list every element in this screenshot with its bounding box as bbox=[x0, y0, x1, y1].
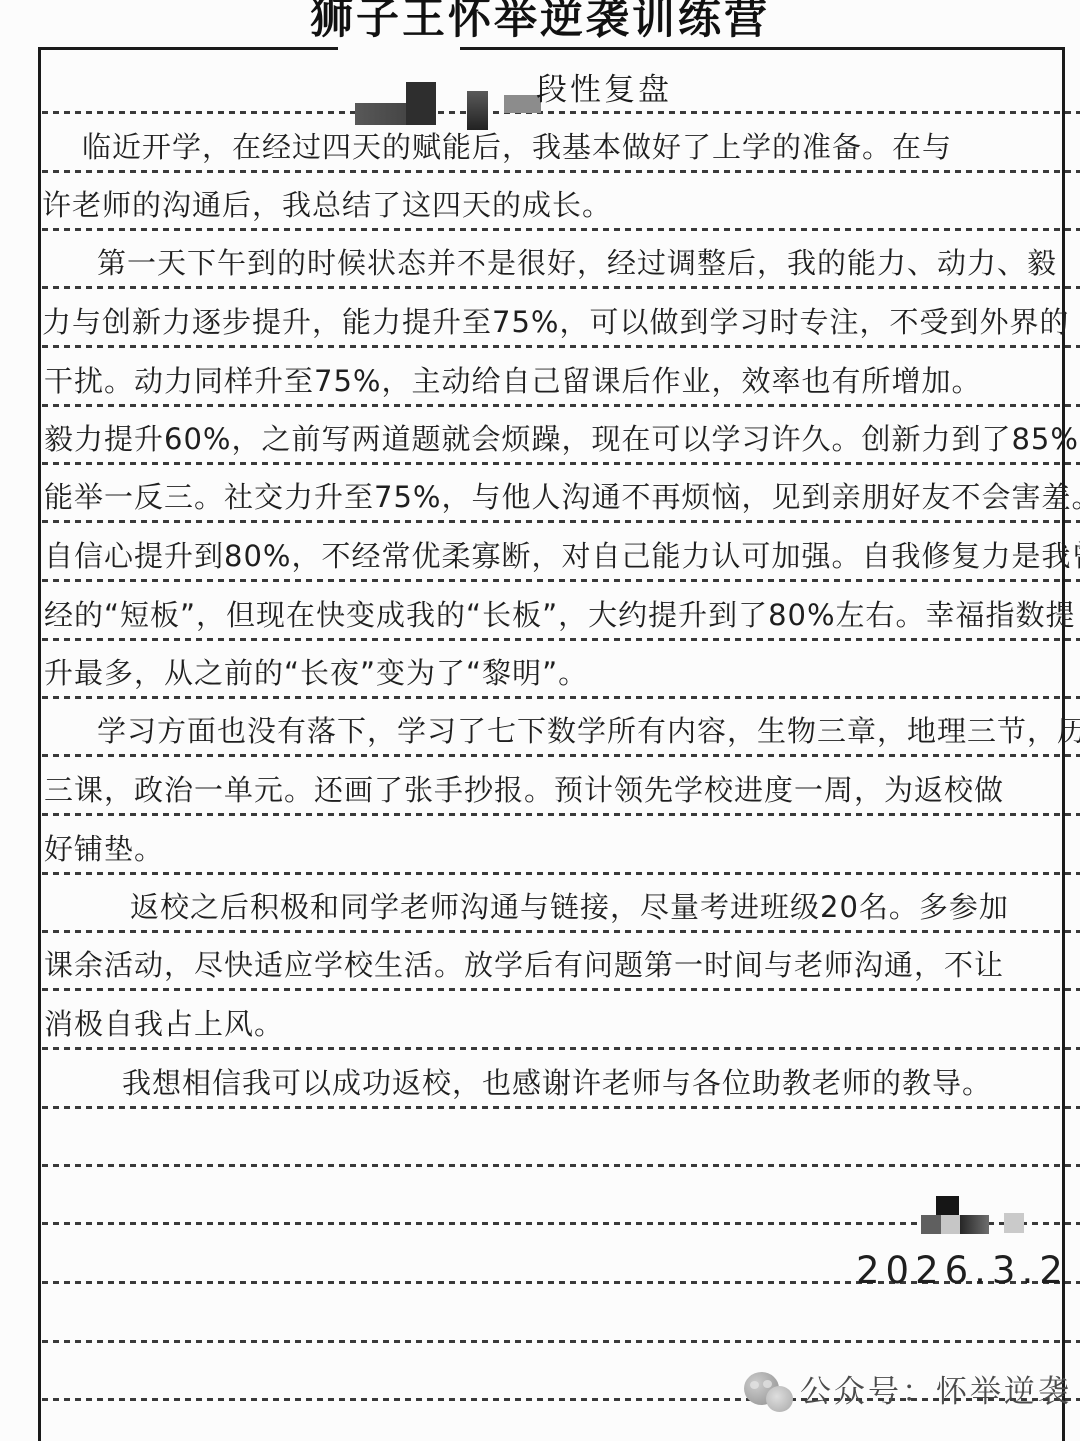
logo-spot bbox=[750, 1381, 759, 1389]
handwritten-date: 2026.3.2 bbox=[856, 1248, 1069, 1294]
frame-border-top-left-segment bbox=[38, 47, 338, 50]
handwritten-line: 经的“短板”，但现在快变成我的“长板”，大约提升到了80%左右。幸福指数提 bbox=[44, 590, 1076, 640]
handwritten-line: 能举一反三。社交力升至75%，与他人沟通不再烦恼，见到亲朋好友不会害羞。 bbox=[44, 472, 1080, 522]
handwritten-line: 力与创新力逐步提升，能力提升至75%，可以做到学习时专注，不受到外界的 bbox=[42, 297, 1069, 347]
handwritten-line: 第一天下午到的时候状态并不是很好，经过调整后，我的能力、动力、毅 bbox=[97, 238, 1057, 288]
handwritten-line: 三课，政治一单元。还画了张手抄报。预计领先学校进度一周，为返校做 bbox=[44, 765, 1004, 815]
footer-account-logo-icon bbox=[766, 1386, 793, 1412]
frame-border-left bbox=[38, 47, 41, 1441]
handwritten-line: 升最多，从之前的“长夜”变为了“黎明”。 bbox=[44, 648, 588, 698]
ruled-line bbox=[42, 872, 1080, 875]
handwritten-review-page: 狮子王怀举逆袭训练营 段性复盘 临近开学，在经过四天的赋能后，我基本做好了上学的… bbox=[0, 0, 1080, 1441]
signature-redaction-block bbox=[941, 1215, 960, 1234]
signature-redaction-block bbox=[936, 1196, 959, 1217]
ruled-line bbox=[42, 1340, 1080, 1343]
handwritten-line: 许老师的沟通后，我总结了这四天的成长。 bbox=[42, 180, 612, 230]
handwritten-line: 临近开学，在经过四天的赋能后，我基本做好了上学的准备。在与 bbox=[82, 122, 952, 172]
handwritten-line: 毅力提升60%，之前写两道题就会烦躁，现在可以学习许久。创新力到了85%， bbox=[44, 414, 1080, 464]
handwritten-line: 返校之后积极和同学老师沟通与链接，尽量考进班级20名。多参加 bbox=[130, 882, 1009, 932]
signature-redaction-block bbox=[921, 1215, 941, 1234]
logo-spot bbox=[763, 1380, 772, 1388]
ruled-line bbox=[42, 1164, 1080, 1167]
footer-watermark-label: 公众号：怀举逆袭 bbox=[800, 1368, 1072, 1416]
frame-border-top-right-segment bbox=[460, 47, 1062, 50]
handwritten-line: 好铺垫。 bbox=[44, 824, 164, 874]
handwritten-line: 消极自我占上风。 bbox=[44, 999, 284, 1049]
signature-redaction-block bbox=[1004, 1213, 1024, 1233]
section-heading: 段性复盘 bbox=[536, 68, 672, 112]
signature-redaction-block bbox=[960, 1215, 989, 1234]
handwritten-line: 自信心提升到80%，不经常优柔寡断，对自己能力认可加强。自我修复力是我曾 bbox=[44, 531, 1080, 581]
handwritten-line: 我想相信我可以成功返校，也感谢许老师与各位助教老师的教导。 bbox=[122, 1058, 992, 1108]
handwritten-line: 学习方面也没有落下，学习了七下数学所有内容，生物三章，地理三节，历史 bbox=[97, 706, 1080, 756]
redaction-block bbox=[406, 82, 436, 125]
page-title: 狮子王怀举逆袭训练营 bbox=[0, 0, 1080, 46]
handwritten-line: 干扰。动力同样升至75%，主动给自己留课后作业，效率也有所增加。 bbox=[44, 356, 981, 406]
handwritten-line: 课余活动，尽快适应学校生活。放学后有问题第一时间与老师沟通，不让 bbox=[44, 940, 1004, 990]
